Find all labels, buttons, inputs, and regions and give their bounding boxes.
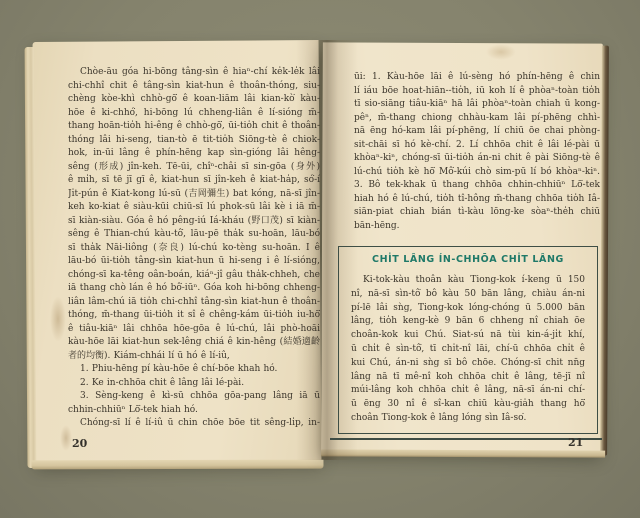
text-line: chóng-sī ka-têng oân-boán, kiáⁿ-jî gâu t… xyxy=(68,269,320,283)
text-line: hok, in-ūi lâng ê phín-hēng kap sìn-gión… xyxy=(68,147,320,161)
text-line: múi-lâng koh chhōa chi̍t ê lâng, nā-sī á… xyxy=(351,384,585,398)
text-line: khòaⁿ-kiⁿ, chóng-sī ūi-tio̍h án-ni chit … xyxy=(354,152,600,166)
text-line: kui Chú, án-ni sǹg sī bô chōe. Chóng-sī … xyxy=(351,357,585,371)
text-line: lí iáu bōe hoat-hiān--tio̍h, iū koh lí ê… xyxy=(354,85,600,99)
text-line: ū chi̍t ê sìn-tô͘, tī chi̍t-nî lāi, chí-… xyxy=(351,343,585,357)
text-line: ū ēng 30 nî ê sî-kan chiū kàu-gia̍h than… xyxy=(351,398,585,412)
text-line: thóng lâi hi-seng, tian-tò ē tit-tio̍h S… xyxy=(68,134,320,148)
text-line: ūi: 1. Kàu-hōe lāi ê lú-sèng hó phín-hēn… xyxy=(354,71,600,85)
text-line: lāu-bó ūi-tio̍h tâng-sìn kiat-hun ū hi-s… xyxy=(68,255,320,269)
text-line: tī sio-siāng tiâu-kiāⁿ hā lâi phòaⁿ-toàn… xyxy=(354,98,600,112)
right-page-text: ūi: 1. Kàu-hōe lāi ê lú-sèng hó phín-hēn… xyxy=(354,71,600,233)
text-line: Ji̍t-pún ê Kiat-kong lú-sū (吉岡彌生) bat kó… xyxy=(68,188,320,202)
footer-rule xyxy=(330,438,602,440)
text-line: 3. Sèng-keng ê kì-sū chhōa gōa-pang lâng… xyxy=(68,390,320,404)
text-line: 者的均衡). Kiám-chhái lí ū hó ê lí-iû, xyxy=(68,350,320,364)
text-line: sit-chāi sī hó kè-chí. 2. Lí chhōa chit … xyxy=(354,139,600,153)
text-line: nî, nā-sī sìn-tô͘ bô kàu 50 bān lâng, ch… xyxy=(351,288,585,302)
page-stain xyxy=(50,296,66,342)
page-stain xyxy=(486,44,516,60)
text-line: nā ēng hó-kam lâi pí-phēng, lí chiū ōe c… xyxy=(354,125,600,139)
page-number-right: 21 xyxy=(568,436,583,449)
text-line: pí-lē lâi sǹg, Tiong-kok lóng-chóng ū 5.… xyxy=(351,302,585,316)
text-line: bān-hēng. xyxy=(354,220,600,234)
text-line: keh ko-kiat ê siàu-kūi chiū-sī lú phok-s… xyxy=(68,201,320,215)
text-line: sī kiàn-siàu. Góa ê hó pêng-iú Iá-kháu (… xyxy=(68,215,320,229)
text-line: lâng, tio̍h keng-kè 9 bān 6 chheng nî ch… xyxy=(351,315,585,329)
callout-box-title: CHI̍T LÂNG ÍN-CHHŌA CHI̍T LÂNG xyxy=(339,254,597,265)
text-line: thang hoān-tio̍h hi-êng ê chhò-gō͘, ūi-t… xyxy=(68,120,320,134)
text-line: choân Tiong-kok ê lâng lóng sìn Iâ-so͘. xyxy=(351,412,585,426)
text-line: Ki-tok-kàu thoân kàu Tiong-kok í-keng ū … xyxy=(351,274,585,288)
text-line: lú-chú tio̍h kè hō͘ Mô͘-kúi chò sim-pū l… xyxy=(354,166,600,180)
open-book: Chòe-āu góa hi-bōng tâng-sìn ê hiaⁿ-chí … xyxy=(0,0,640,518)
text-line: kàu-hōe lāi kiat-hun sek-lêng chiá ê kin… xyxy=(68,336,320,350)
text-line: chi-chhî chit ê tâng-sìn kiat-hun ê thoâ… xyxy=(68,80,320,94)
text-line: 1. Phiu-hēng pí kàu-hōe ê chí-bōe khah h… xyxy=(68,363,320,377)
text-line: siān-piat chiah bián tì-kàu lōng-ke sòaⁿ… xyxy=(354,206,600,220)
callout-box: CHI̍T LÂNG ÍN-CHHŌA CHI̍T LÂNG Ki-tok-kà… xyxy=(338,246,598,434)
text-line: thóng, m̄-thang ūi-tio̍h it sî ê chêng-k… xyxy=(68,309,320,323)
text-line: choân-kok kui Chú. Siat-sú nā tùi kin-á-… xyxy=(351,329,585,343)
book-photo: Chòe-āu góa hi-bōng tâng-sìn ê hiaⁿ-chí … xyxy=(0,0,640,518)
text-line: sêng (形成) jîn-keh. Tē-ūi, chîⁿ-châi sī s… xyxy=(68,161,320,175)
callout-box-body: Ki-tok-kàu thoân kàu Tiong-kok í-keng ū … xyxy=(351,274,585,426)
text-line: ê tiâu-kiāⁿ lâi chhōa hōe-gōa ê lú-chú, … xyxy=(68,323,320,337)
text-line: pêⁿ, m̄-thang chiong chhàu-kam lâi pí-ph… xyxy=(354,112,600,126)
text-line: sī tha̍k Nāi-liông (奈良) lú-chú ko-tèng s… xyxy=(68,242,320,256)
text-line: liân lâm-chú iā tio̍h chi-chhî tâng-sìn … xyxy=(68,296,320,310)
text-line: iā thang chò lán ê hó bô͘-iūⁿ. Góa koh h… xyxy=(68,282,320,296)
text-line: chèng kòe-khì chhò-gō͘ ê koan-liām lâi k… xyxy=(68,93,320,107)
left-page-text: Chòe-āu góa hi-bōng tâng-sìn ê hiaⁿ-chí … xyxy=(68,66,320,431)
text-line: Chòe-āu góa hi-bōng tâng-sìn ê hiaⁿ-chí … xyxy=(68,66,320,80)
text-line: hōe ê ki-chhó͘, hi-bōng lú chheng-liân ê… xyxy=(68,107,320,121)
text-line: 3. Bô tek-khak ū thang chhōa chhin-chhiū… xyxy=(354,179,600,193)
text-line: 2. Ke in-chhōa chit ê lâng lâi lé-pài. xyxy=(68,377,320,391)
page-number-left: 20 xyxy=(72,437,87,450)
text-line: hiah hó ê lú-chú, tio̍h tî-hông m̄-thang… xyxy=(354,193,600,207)
text-line: chhin-chhiūⁿ Lō͘-tek hiah hó. xyxy=(68,404,320,418)
text-line: lâng nā tī mê-nî koh chhōa chi̍t ê lâng,… xyxy=(351,371,585,385)
text-line: Chóng-sī lí ê lí-iû ū chin chōe bōe tit … xyxy=(68,417,320,431)
text-line: sêng ê Thian-chú kàu-tô͘, lāu-pē tha̍k s… xyxy=(68,228,320,242)
text-line: ê mi̍h, sī tē jī gī ê, kiat-hun sī jîn-k… xyxy=(68,174,320,188)
